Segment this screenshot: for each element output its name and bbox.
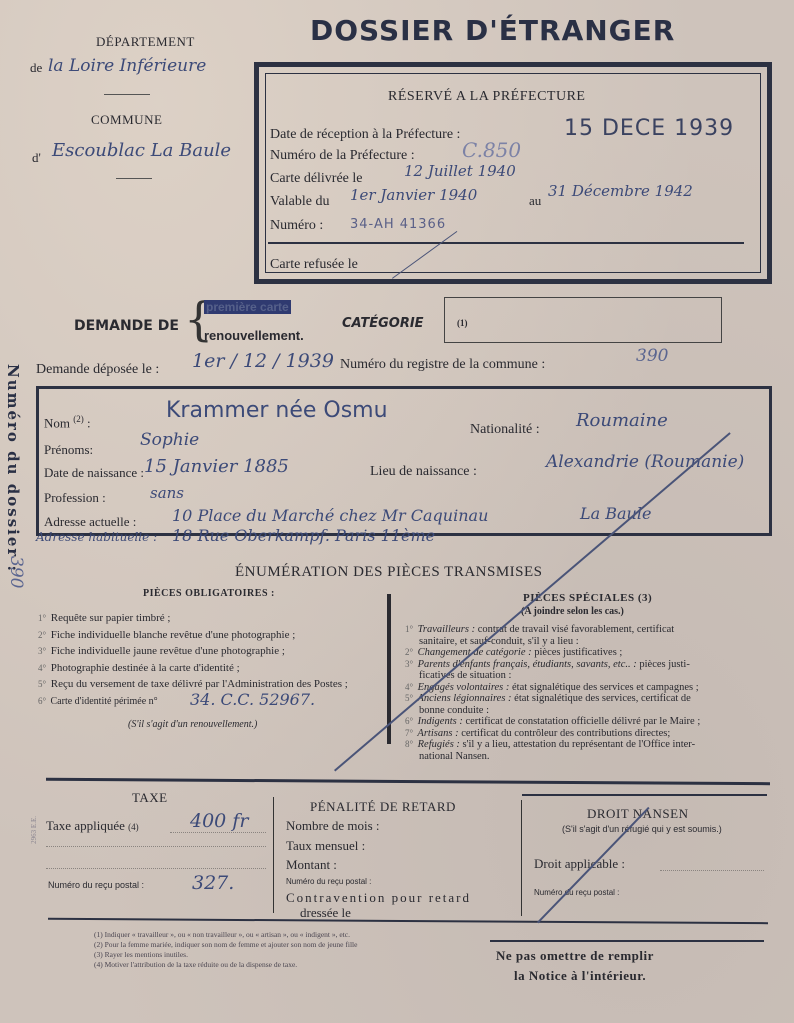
demande-label: DEMANDE DE: [74, 318, 179, 334]
divider: [490, 940, 764, 942]
card-issued-value: 12 Juillet 1940: [404, 162, 516, 180]
item-term: Travailleurs :: [415, 624, 478, 635]
item-number: 4°: [38, 662, 48, 675]
option-renouvellement: renouvellement.: [204, 328, 304, 343]
item-text: Reçu du versement de taxe délivré par l'…: [48, 678, 348, 690]
item-number: 6°: [405, 716, 415, 728]
prefecture-heading: RÉSERVÉ A LA PRÉFECTURE: [388, 89, 585, 105]
speciale-item: 8° Refugiés : s'il y a lieu, attestation…: [405, 739, 775, 762]
document-page: DÉPARTEMENT de la Loire Inférieure COMMU…: [0, 0, 794, 1023]
deposee-label: Demande déposée le :: [36, 362, 159, 378]
valid-until-value: 31 Décembre 1942: [548, 182, 693, 200]
lieu-label: Lieu de naissance :: [370, 464, 477, 480]
blank-line: [46, 846, 266, 847]
nationalite-value: Roumaine: [576, 410, 668, 431]
dossier-number-label: Numéro du dossier :: [4, 364, 22, 573]
item-term: Indigents :: [415, 716, 465, 727]
taxe-recu-value: 327.: [192, 872, 234, 894]
penalite-montant-label: Montant :: [286, 857, 337, 873]
nom-value: Krammer née Osmu: [166, 398, 388, 423]
item-continuation: sanitaire, et sauf-conduit, s'il y a lie…: [405, 636, 775, 648]
penalite-taux-label: Taux mensuel :: [286, 838, 365, 854]
item-text: pièces justi-: [639, 659, 689, 670]
prefecture-number-value: C.850: [462, 138, 521, 162]
speciale-item: 1° Travailleurs : contrat de travail vis…: [405, 624, 775, 647]
obligatoire-item: 1° Requête sur papier timbré ;: [38, 612, 388, 629]
divider: [104, 94, 150, 95]
valid-from-label: Valable du: [270, 194, 329, 210]
naissance-value: 15 Janvier 1885: [144, 456, 289, 477]
item-text: s'il y a lieu, attestation du représenta…: [463, 739, 696, 750]
penalite-heading: PÉNALITÉ DE RETARD: [310, 799, 456, 815]
footnote: (3) Rayer les mentions inutiles.: [94, 950, 474, 960]
item-text: état signalétique des services et campag…: [512, 682, 699, 693]
column-divider: [521, 800, 522, 916]
notice-line-2: la Notice à l'intérieur.: [514, 968, 646, 984]
speciales-list: 1° Travailleurs : contrat de travail vis…: [405, 624, 775, 762]
footnotes: (1) Indiquer « travailleur », ou « non t…: [94, 930, 474, 970]
prenoms-value: Sophie: [140, 430, 199, 450]
item-number: 7°: [405, 728, 415, 740]
nom-note: (2): [73, 414, 84, 424]
enumeration-heading: ÉNUMÉRATION DES PIÈCES TRANSMISES: [235, 564, 543, 581]
nationalite-label: Nationalité :: [470, 422, 540, 438]
penalite-mois-label: Nombre de mois :: [286, 818, 380, 834]
penalite-recu-label: Numéro du reçu postal :: [286, 877, 371, 886]
divider: [522, 794, 767, 796]
naissance-label: Date de naissance :: [44, 465, 144, 481]
taxe-appliquee-text: Taxe appliquée: [46, 818, 125, 833]
item-term: Refugiés :: [415, 739, 463, 750]
item-text: certificat du contrôleur des contributio…: [461, 728, 670, 739]
registre-label: Numéro du registre de la commune :: [340, 357, 545, 373]
item-term: Parents d'enfants français, étudiants, s…: [415, 659, 639, 670]
nom-label-text: Nom: [44, 415, 70, 430]
reception-date-label: Date de réception à la Préfecture :: [270, 127, 460, 143]
speciale-item: 4° Engagés volontaires : état signalétiq…: [405, 682, 775, 694]
nansen-recu-label: Numéro du reçu postal :: [534, 888, 619, 897]
valid-until-label: au: [529, 193, 541, 209]
profession-label: Profession :: [44, 490, 106, 506]
registre-value: 390: [636, 346, 668, 366]
taxe-appliquee-line: [170, 832, 266, 833]
item-number: 2°: [38, 629, 48, 642]
commune-prefix: d': [32, 150, 41, 166]
habituelle-value: 18 Rue Oberkampf. Paris 11ème: [172, 526, 435, 545]
obligatoire-item: 4° Photographie destinée à la carte d'id…: [38, 662, 388, 679]
item-number: 5°: [38, 678, 48, 691]
card-refused-label: Carte refusée le: [270, 257, 358, 273]
taxe-appliquee-label: Taxe appliquée (4): [46, 818, 139, 834]
categorie-label: CATÉGORIE: [342, 316, 424, 331]
item-number: 8°: [405, 739, 415, 751]
adresse-label: Adresse actuelle :: [44, 514, 136, 530]
prenoms-label: Prénoms:: [44, 442, 93, 458]
taxe-recu-label: Numéro du reçu postal :: [48, 880, 144, 890]
habituelle-label: Adresse habituelle :: [36, 530, 157, 544]
divider: [116, 178, 152, 179]
dossier-number-value: 390: [6, 556, 26, 588]
item-text: Carte d'identité périmée n°: [48, 696, 158, 707]
card-issued-label: Carte délivrée le: [270, 171, 363, 187]
obligatoire-item: 3° Fiche individuelle jaune revêtue d'un…: [38, 645, 388, 662]
nansen-applicable-line: [660, 870, 764, 871]
obligatoires-heading: PIÈCES OBLIGATOIRES :: [143, 588, 275, 599]
blank-line: [46, 868, 266, 869]
item-number: 6°: [38, 695, 48, 708]
departement-prefix: de: [30, 60, 42, 76]
item-text: Fiche individuelle blanche revêtue d'une…: [48, 629, 295, 641]
categorie-field[interactable]: (1): [444, 297, 722, 343]
option-premiere-carte-struck: première carte: [204, 300, 291, 314]
prefecture-number-label: Numéro de la Préfecture :: [270, 148, 415, 164]
divider: [48, 918, 768, 924]
nom-label: Nom (2) :: [44, 414, 91, 431]
speciales-subheading: (A joindre selon les cas.): [521, 606, 624, 617]
item-number: 4°: [405, 682, 415, 694]
card-number-value: 34-AH 41366: [350, 217, 446, 232]
departement-value: la Loire Inférieure: [48, 56, 206, 76]
item-term: Anciens légionnaires :: [415, 693, 514, 704]
column-divider: [273, 797, 274, 913]
item-continuation: national Nansen.: [405, 751, 775, 763]
item-text: Fiche individuelle jaune revêtue d'une p…: [48, 645, 285, 657]
item-continuation: bonne conduite :: [405, 705, 775, 717]
profession-value: sans: [150, 484, 184, 502]
footnote: (2) Pour la femme mariée, indiquer son n…: [94, 940, 474, 950]
nansen-applicable-label: Droit applicable :: [534, 856, 625, 872]
notice-line-1: Ne pas omettre de remplir: [496, 948, 654, 964]
commune-value: Escoublac La Baule: [52, 140, 231, 161]
item-text: contrat de travail visé favorablement, c…: [478, 624, 675, 635]
commune-label: COMMUNE: [91, 112, 162, 128]
speciale-item: 6° Indigents : certificat de constatatio…: [405, 716, 775, 728]
speciale-item: 2° Changement de catégorie : pièces just…: [405, 647, 775, 659]
item-text: Photographie destinée à la carte d'ident…: [48, 662, 240, 674]
divider: [268, 242, 744, 244]
lieu-value: Alexandrie (Roumanie): [546, 452, 744, 472]
obligatoire-item: 2° Fiche individuelle blanche revêtue d'…: [38, 629, 388, 646]
item-continuation: ficatives de situation :: [405, 670, 775, 682]
penalite-contravention-label: Contravention pour retard: [286, 890, 471, 906]
margin-code: 2963 E.E.: [30, 816, 38, 844]
item-number: 3°: [38, 645, 48, 658]
divider: [46, 778, 770, 785]
footnote: (4) Motiver l'attribution de la taxe réd…: [94, 960, 474, 970]
page-title: DOSSIER D'ÉTRANGER: [310, 14, 675, 47]
taxe-appliquee-value: 400 fr: [190, 810, 248, 832]
item-number: 1°: [405, 624, 415, 636]
card-number-label: Numéro :: [270, 218, 323, 234]
reception-date-stamp: 15 DECE 1939: [564, 116, 734, 141]
taxe-heading: TAXE: [132, 790, 168, 806]
item-term: Artisans :: [415, 728, 461, 739]
valid-from-value: 1er Janvier 1940: [350, 186, 477, 204]
speciale-item: 7° Artisans : certificat du contrôleur d…: [405, 728, 775, 740]
footnote: (1) Indiquer « travailleur », ou « non t…: [94, 930, 474, 940]
departement-label: DÉPARTEMENT: [96, 34, 195, 50]
obligatoires-note: (S'il s'agit d'un renouvellement.): [128, 719, 257, 730]
item-text: état signalétique des services, certific…: [514, 693, 691, 704]
item-text: certificat de constatation officielle dé…: [465, 716, 700, 727]
adresse-value: 10 Place du Marché chez Mr Caquinau: [172, 506, 488, 525]
item-text: Requête sur papier timbré ;: [48, 612, 171, 624]
item-number: 2°: [405, 647, 415, 659]
nansen-subheading: (S'il s'agit d'un réfugié qui y est soum…: [562, 824, 722, 834]
taxe-note: (4): [128, 822, 139, 832]
categorie-note: (1): [457, 318, 468, 328]
item-number: 1°: [38, 612, 48, 625]
carte-perimee-value: 34. C.C. 52967.: [190, 690, 315, 709]
item-number: 3°: [405, 659, 415, 671]
speciale-item: 5° Anciens légionnaires : état signaléti…: [405, 693, 775, 716]
deposee-value: 1er / 12 / 1939: [192, 350, 334, 372]
item-text: pièces justificatives ;: [534, 647, 622, 658]
